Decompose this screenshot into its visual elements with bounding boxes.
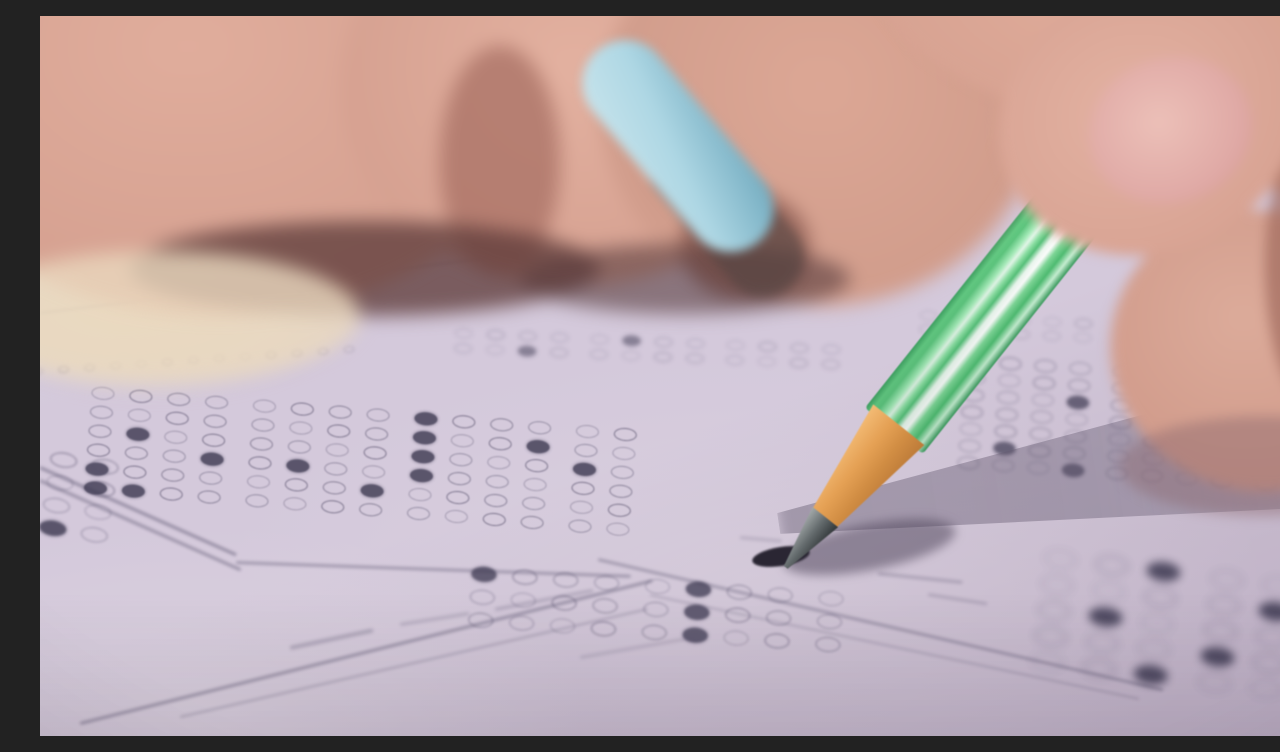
vignette-overlay [40,16,1280,736]
exam-answer-sheet-photo [40,16,1280,736]
